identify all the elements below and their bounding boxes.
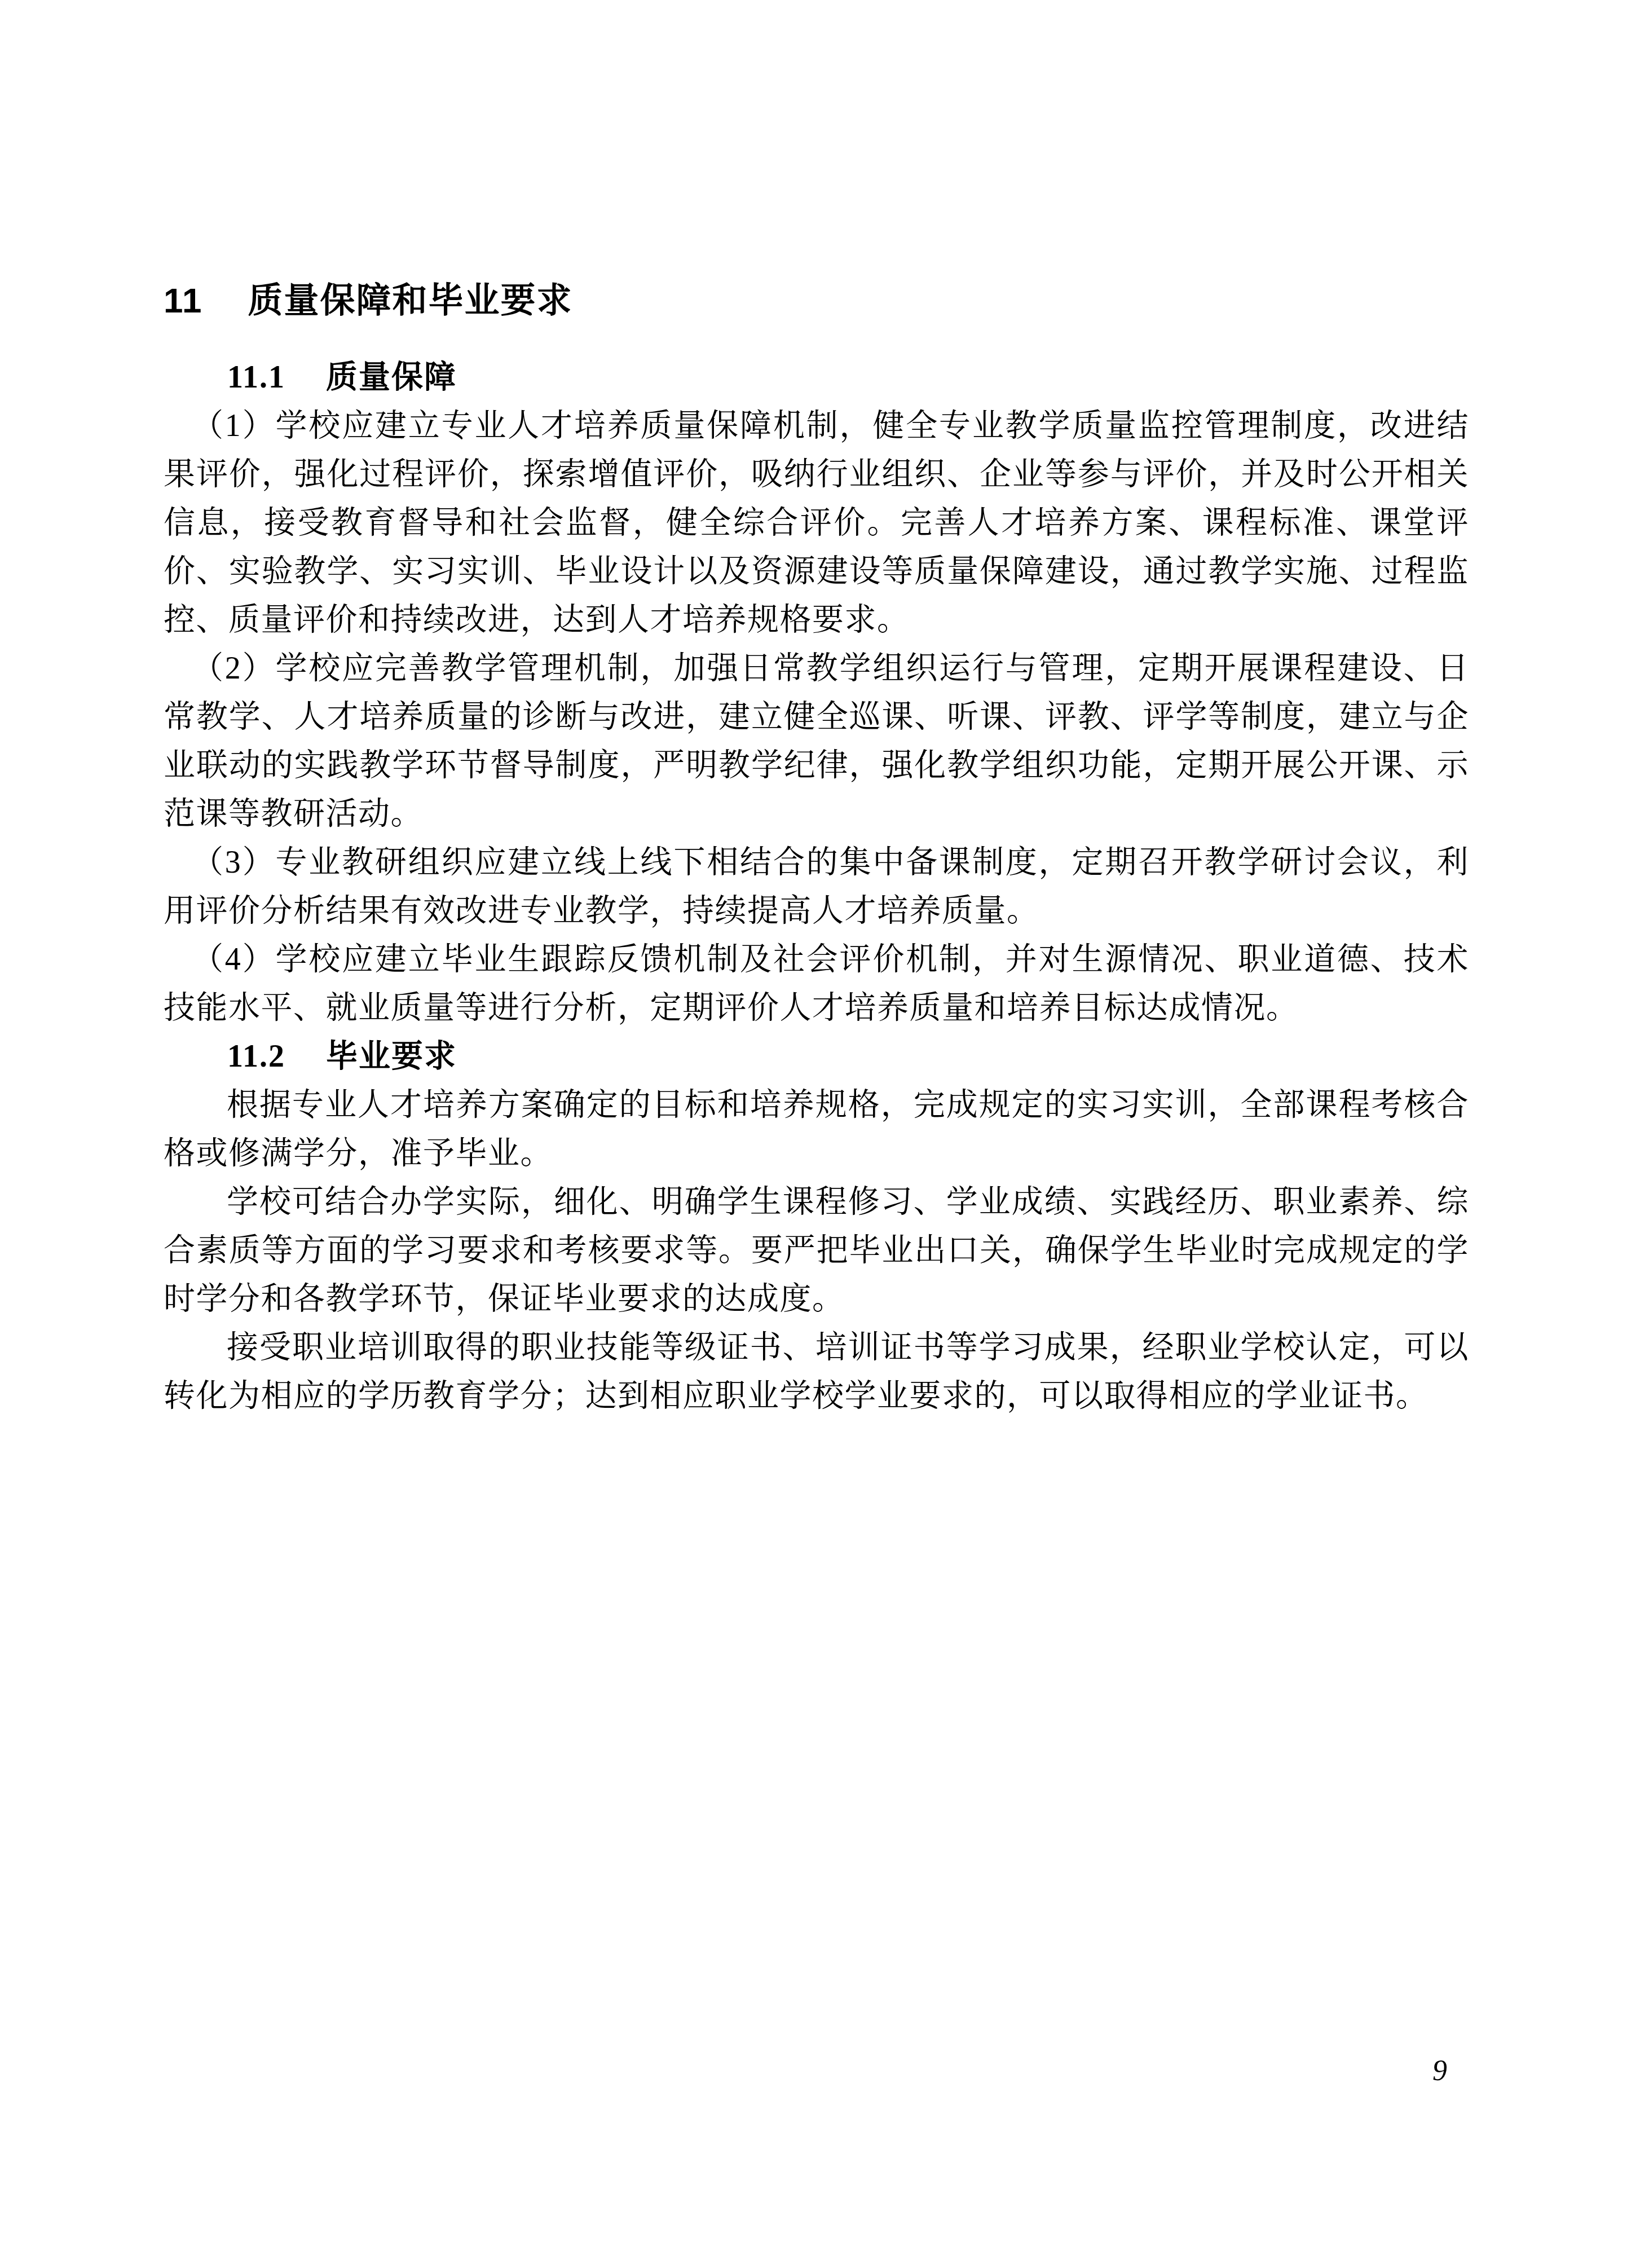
subsection-number: 11.2 (227, 1032, 285, 1081)
section-heading: 11质量保障和毕业要求 (164, 281, 1469, 322)
subsection-title: 毕业要求 (326, 1039, 457, 1074)
paragraph-11-1-item-1: （1）学校应建立专业人才培养质量保障机制，健全专业教学质量监控管理制度，改进结果… (164, 402, 1469, 644)
subsection-heading-11-2: 11.2毕业要求 (164, 1032, 1469, 1081)
paragraph-11-2-item-1: 根据专业人才培养方案确定的目标和培养规格，完成规定的实习实训，全部课程考核合格或… (164, 1081, 1469, 1178)
page-number: 9 (1432, 2054, 1447, 2088)
subsection-title: 质量保障 (326, 360, 457, 395)
paragraph-11-1-item-4: （4）学校应建立毕业生跟踪反馈机制及社会评价机制，并对生源情况、职业道德、技术技… (164, 935, 1469, 1032)
paragraph-11-1-item-3: （3）专业教研组织应建立线上线下相结合的集中备课制度，定期召开教学研讨会议，利用… (164, 838, 1469, 935)
section-title: 质量保障和毕业要求 (248, 281, 573, 320)
paragraph-11-2-item-3: 接受职业培训取得的职业技能等级证书、培训证书等学习成果，经职业学校认定，可以转化… (164, 1323, 1469, 1420)
subsection-heading-11-1: 11.1质量保障 (164, 353, 1469, 402)
paragraph-11-1-item-2: （2）学校应完善教学管理机制，加强日常教学组织运行与管理，定期开展课程建设、日常… (164, 644, 1469, 838)
document-content: 11质量保障和毕业要求 11.1质量保障 （1）学校应建立专业人才培养质量保障机… (164, 281, 1469, 1420)
paragraph-11-2-item-2: 学校可结合办学实际，细化、明确学生课程修习、学业成绩、实践经历、职业素养、综合素… (164, 1178, 1469, 1323)
section-number: 11 (164, 281, 203, 322)
subsection-number: 11.1 (227, 353, 285, 402)
document-page: 11质量保障和毕业要求 11.1质量保障 （1）学校应建立专业人才培养质量保障机… (0, 0, 1627, 2268)
